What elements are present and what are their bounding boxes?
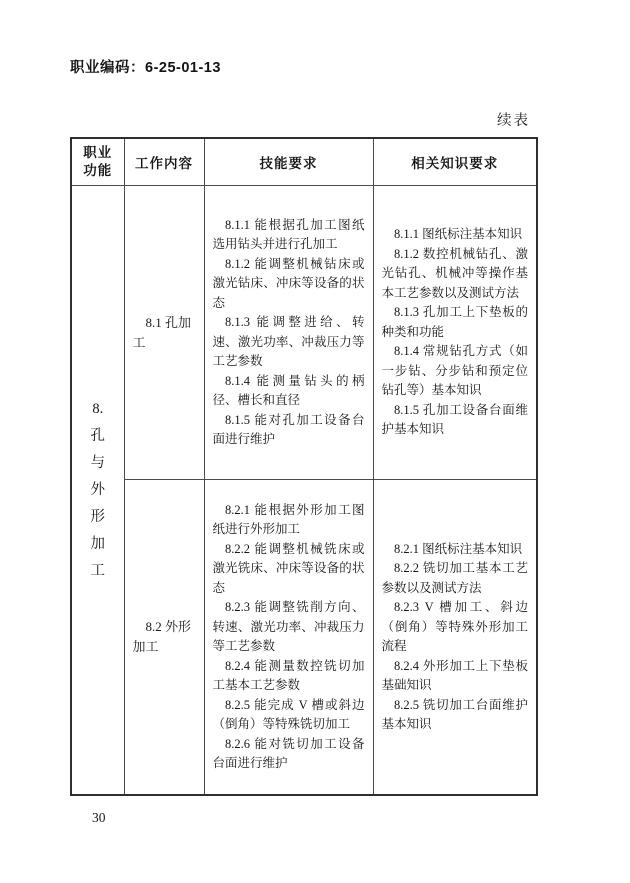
skill-item: 8.1.2 能调整机械钻床或激光钻床、冲床等设备的状态 (213, 255, 365, 314)
knowledge-item: 8.1.5 孔加工设备台面维护基本知识 (382, 401, 529, 440)
occupation-code-label: 职业编码：6-25-01-13 (70, 56, 221, 77)
work-content-cell-8-1: 8.1 孔加工 (124, 186, 204, 480)
skill-requirements-cell-8-2: 8.2.1 能根据外形加工图纸进行外形加工8.2.2 能调整机械铣床或激光铣床、… (204, 480, 373, 796)
knowledge-item: 8.2.5 铣切加工台面维护基本知识 (382, 696, 529, 735)
table-row-hole-machining: 8.孔与外形加工 8.1 孔加工 8.1.1 能根据孔加工图纸选用钻头并进行孔加… (71, 186, 537, 480)
header-skill-requirements: 技能要求 (204, 138, 373, 186)
table-header-row: 职业 功能 工作内容 技能要求 相关知识要求 (71, 138, 537, 186)
function-label-char: 8. (92, 401, 103, 418)
work-content-label-8-2: 8.2 外形加工 (133, 617, 196, 657)
function-label-char: 孔 (91, 424, 106, 445)
function-label-char: 形 (91, 505, 106, 526)
table-row-shape-machining: 8.2 外形加工 8.2.1 能根据外形加工图纸进行外形加工8.2.2 能调整机… (71, 480, 537, 796)
skill-item: 8.1.4 能测量钻头的柄径、槽长和直径 (213, 372, 365, 411)
knowledge-item: 8.2.4 外形加工上下垫板基础知识 (382, 657, 529, 696)
knowledge-item: 8.1.2 数控机械钻孔、激光钻孔、机械冲等操作基本工艺参数以及测试方法 (382, 245, 529, 304)
knowledge-item: 8.1.4 常规钻孔方式（如一步钻、分步钻和预定位钻孔等）基本知识 (382, 342, 529, 401)
skill-requirements-cell-8-1: 8.1.1 能根据孔加工图纸选用钻头并进行孔加工8.1.2 能调整机械钻床或激光… (204, 186, 373, 480)
skill-item: 8.1.1 能根据孔加工图纸选用钻头并进行孔加工 (213, 216, 365, 255)
header-occupational-function-line2: 功能 (72, 162, 124, 180)
work-content-cell-8-2: 8.2 外形加工 (124, 480, 204, 796)
knowledge-item: 8.2.3 V 槽加工、斜边（倒角）等特殊外形加工流程 (382, 598, 529, 657)
knowledge-items-8-2: 8.2.1 图纸标注基本知识8.2.2 铣切加工基本工艺参数以及测试方法8.2.… (382, 540, 529, 735)
document-page: 职业编码：6-25-01-13 续表 职业 功能 工作内容 技能要求 相关知识要… (0, 0, 630, 883)
header-occupational-function-line1: 职业 (72, 144, 124, 162)
skill-item: 8.2.1 能根据外形加工图纸进行外形加工 (213, 501, 365, 540)
skill-item: 8.2.2 能调整机械铣床或激光铣床、冲床等设备的状态 (213, 540, 365, 599)
skill-item: 8.2.5 能完成 V 槽或斜边（倒角）等特殊铣切加工 (213, 696, 365, 735)
skill-item: 8.2.4 能测量数控铣切加工基本工艺参数 (213, 657, 365, 696)
function-label-char: 工 (91, 559, 106, 580)
knowledge-requirements-cell-8-1: 8.1.1 图纸标注基本知识8.1.2 数控机械钻孔、激光钻孔、机械冲等操作基本… (373, 186, 537, 480)
function-label-char: 与 (91, 451, 106, 472)
function-vertical-label: 8.孔与外形加工 (72, 401, 124, 580)
header-knowledge-requirements: 相关知识要求 (373, 138, 537, 186)
page-number: 30 (92, 810, 106, 826)
occupational-standard-table: 职业 功能 工作内容 技能要求 相关知识要求 8.孔与外形加工 8.1 孔加工 … (70, 137, 538, 796)
knowledge-item: 8.1.1 图纸标注基本知识 (382, 225, 529, 245)
occupational-function-cell: 8.孔与外形加工 (71, 186, 124, 796)
skill-item: 8.2.6 能对铣切加工设备台面进行维护 (213, 735, 365, 774)
skill-items-8-2: 8.2.1 能根据外形加工图纸进行外形加工8.2.2 能调整机械铣床或激光铣床、… (213, 501, 365, 774)
header-work-content: 工作内容 (124, 138, 204, 186)
skill-item: 8.1.5 能对孔加工设备台面进行维护 (213, 411, 365, 450)
continued-table-label: 续表 (497, 109, 530, 130)
header-occupational-function: 职业 功能 (71, 138, 124, 186)
knowledge-requirements-cell-8-2: 8.2.1 图纸标注基本知识8.2.2 铣切加工基本工艺参数以及测试方法8.2.… (373, 480, 537, 796)
knowledge-items-8-1: 8.1.1 图纸标注基本知识8.1.2 数控机械钻孔、激光钻孔、机械冲等操作基本… (382, 225, 529, 440)
function-label-char: 加 (91, 532, 106, 553)
skill-items-8-1: 8.1.1 能根据孔加工图纸选用钻头并进行孔加工8.1.2 能调整机械钻床或激光… (213, 216, 365, 450)
skill-item: 8.1.3 能调整进给、转速、激光功率、冲裁压力等工艺参数 (213, 313, 365, 372)
knowledge-item: 8.2.2 铣切加工基本工艺参数以及测试方法 (382, 559, 529, 598)
function-label-char: 外 (91, 478, 106, 499)
work-content-label-8-1: 8.1 孔加工 (133, 313, 196, 353)
skill-item: 8.2.3 能调整铣削方向、转速、激光功率、冲裁压力等工艺参数 (213, 598, 365, 657)
knowledge-item: 8.2.1 图纸标注基本知识 (382, 540, 529, 560)
knowledge-item: 8.1.3 孔加工上下垫板的种类和功能 (382, 303, 529, 342)
